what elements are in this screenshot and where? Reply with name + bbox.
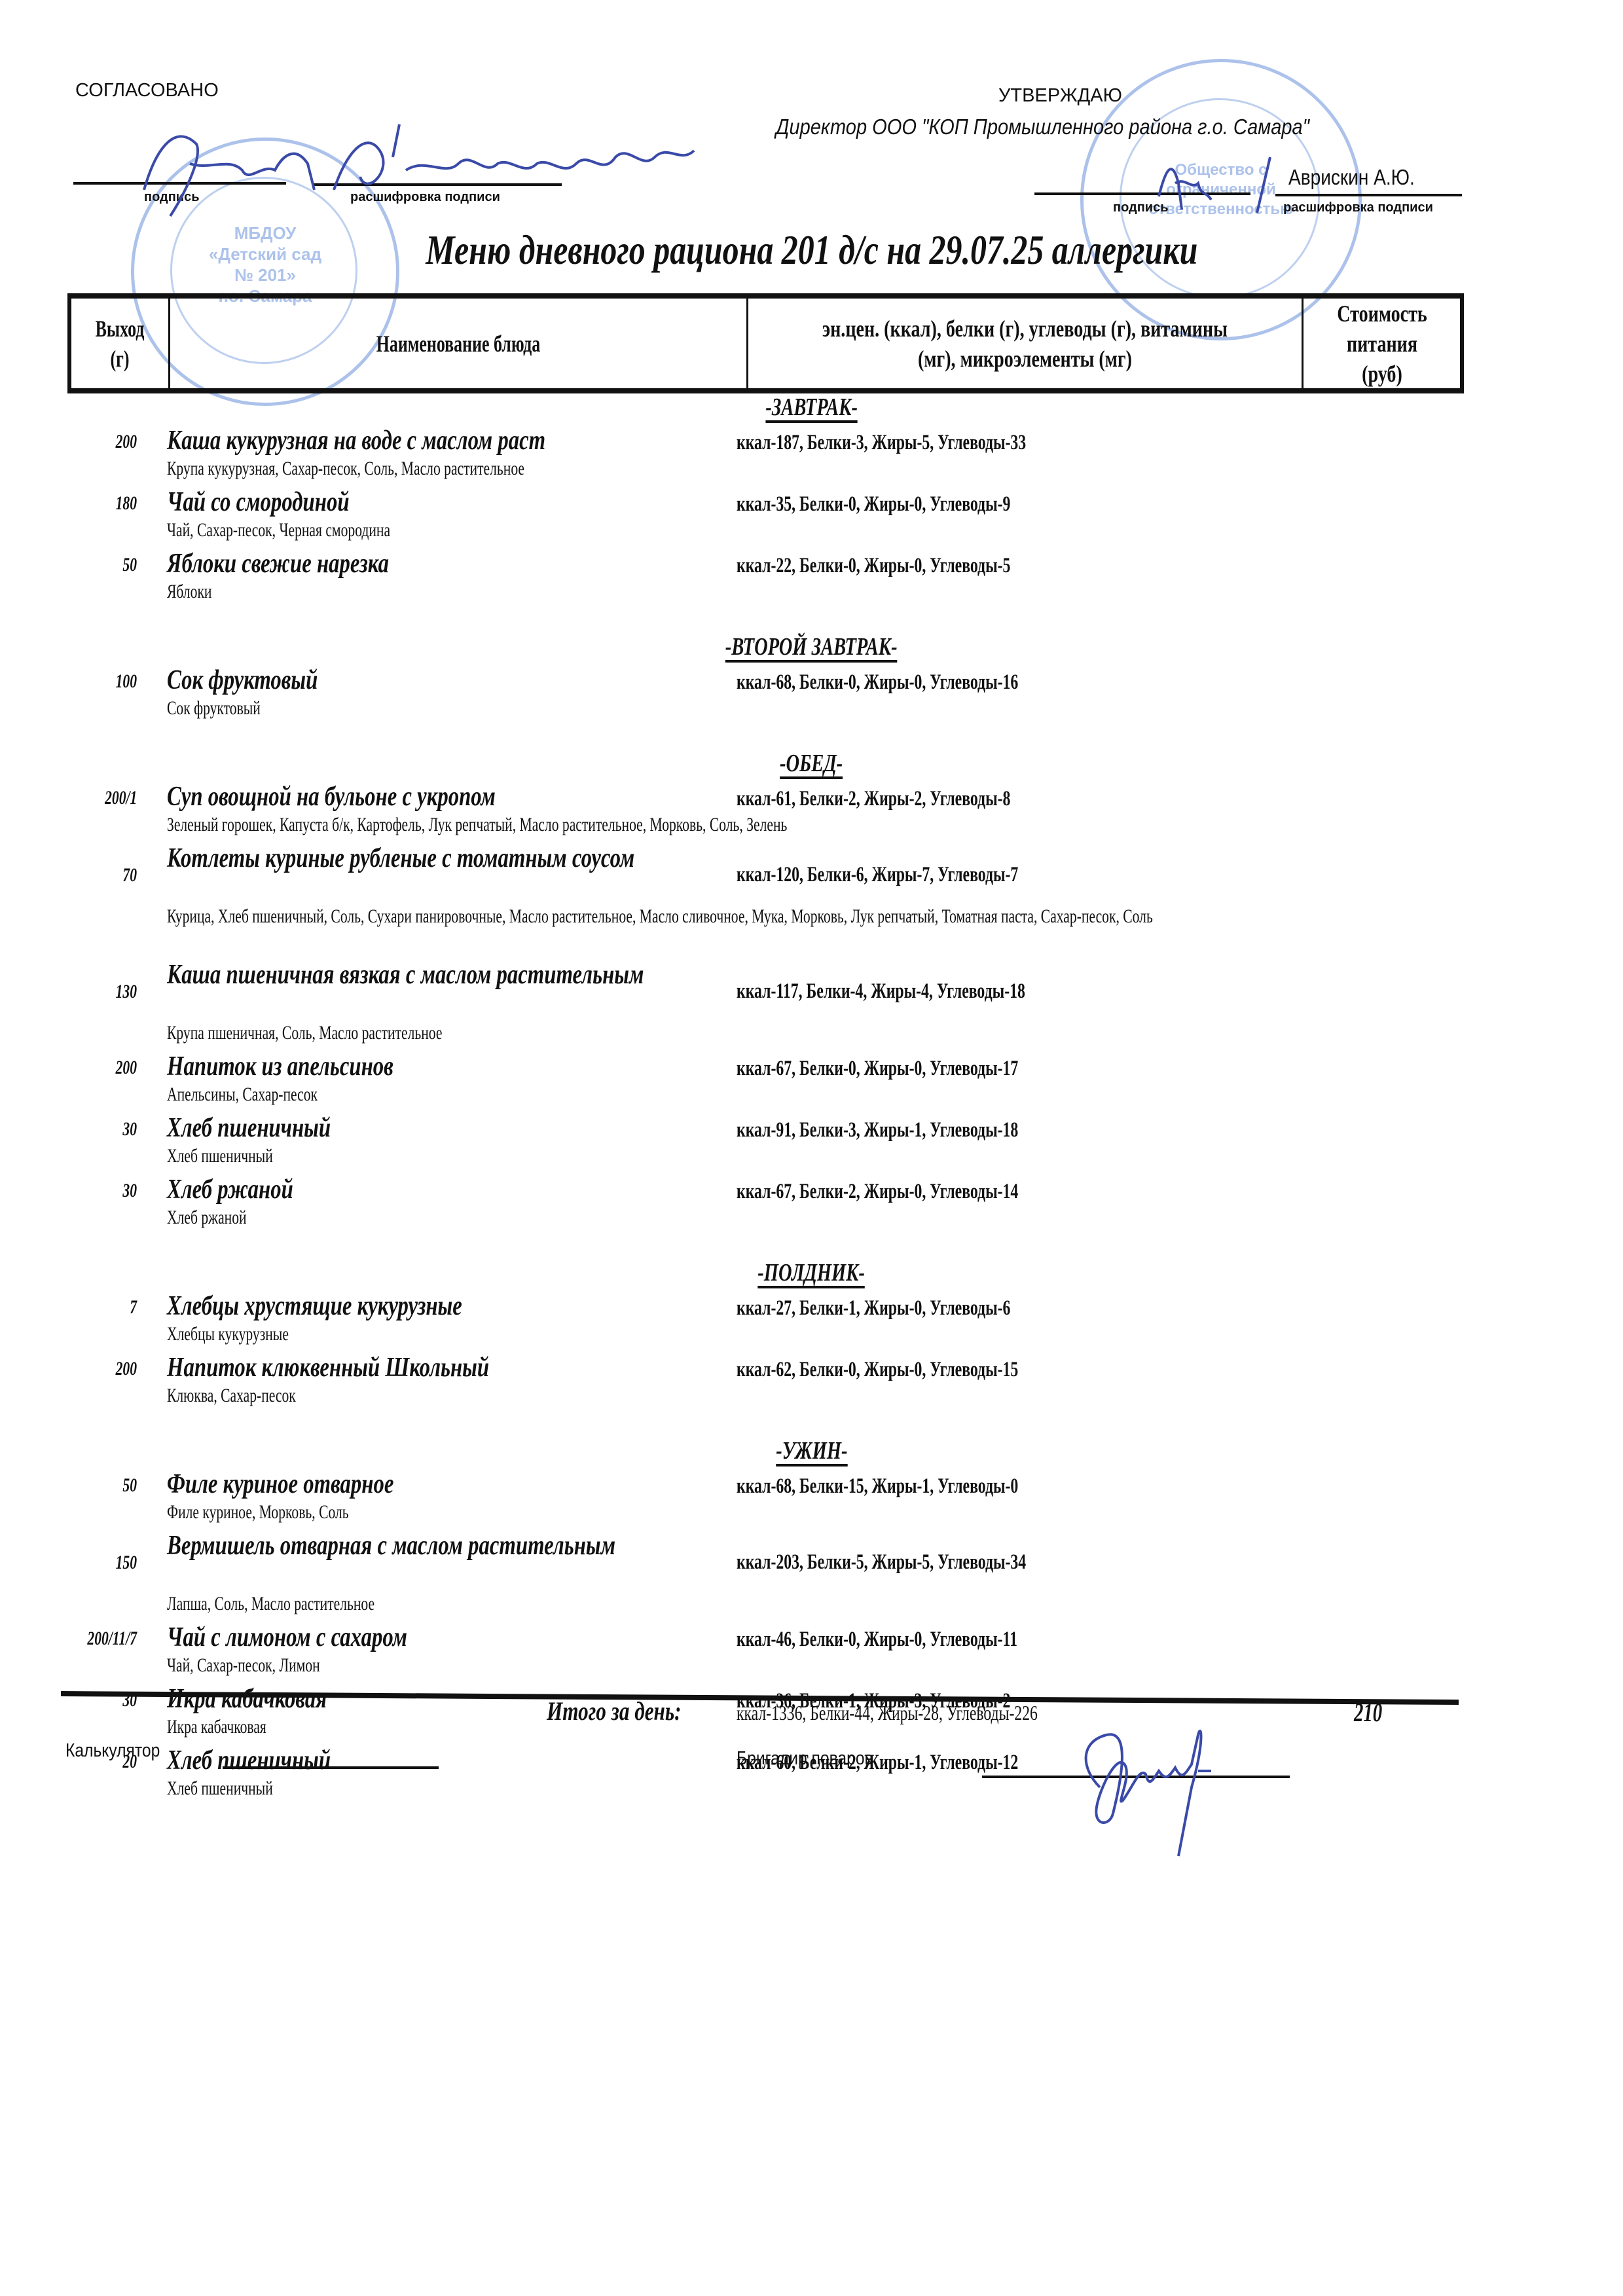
section-heading: -ВТОРОЙ ЗАВТРАК- xyxy=(0,632,1623,663)
item-yield: 200 xyxy=(107,1358,137,1380)
item-ingredients: Хлебцы кукурузные xyxy=(167,1321,1267,1347)
item-name: Яблоки свежие нарезка xyxy=(167,549,795,579)
item-ingredients: Филе куриное, Морковь, Соль xyxy=(167,1499,1267,1525)
left-signature-icon xyxy=(118,118,727,223)
item-nutrition: ккал-67, Белки-2, Жиры-0, Углеводы-14 xyxy=(737,1180,1128,1204)
item-name: Напиток из апельсинов xyxy=(167,1051,795,1082)
item-yield: 50 xyxy=(117,554,137,576)
item-yield: 50 xyxy=(117,1474,137,1497)
item-ingredients: Хлеб ржаной xyxy=(167,1205,1267,1231)
chef-signature-icon xyxy=(1061,1709,1270,1859)
item-yield: 70 xyxy=(117,864,137,886)
approved-right-label: УТВЕРЖДАЮ xyxy=(998,85,1122,107)
item-name: Хлеб пшеничный xyxy=(167,1745,795,1776)
section-heading: -ПОЛДНИК- xyxy=(0,1258,1623,1288)
item-yield: 200 xyxy=(107,1057,137,1079)
menu-item: 200Напиток из апельсиновАпельсины, Сахар… xyxy=(0,1051,1623,1109)
menu-item: 50Яблоки свежие нарезкаЯблокиккал-22, Бе… xyxy=(0,549,1623,606)
menu-item: 150Вермишель отварная с маслом раститель… xyxy=(0,1531,1623,1618)
menu-item: 200/1Суп овощной на бульоне с укропомЗел… xyxy=(0,782,1623,839)
menu-item: 100Сок фруктовыйСок фруктовыйккал-68, Бе… xyxy=(0,665,1623,723)
menu-item: 70Котлеты куриные рубленые с томатным со… xyxy=(0,843,1623,956)
menu-item: 200/11/7Чай с лимоном с сахаромЧай, Саха… xyxy=(0,1622,1623,1680)
item-yield: 30 xyxy=(117,1180,137,1202)
item-name: Котлеты куриные рубленые с томатным соус… xyxy=(167,843,795,873)
item-ingredients: Сок фруктовый xyxy=(167,695,1267,721)
calculator-label: Калькулятор xyxy=(65,1740,177,1762)
director-line: Директор ООО "КОП Промышленного района г… xyxy=(776,115,1382,139)
item-nutrition: ккал-203, Белки-5, Жиры-5, Углеводы-34 xyxy=(737,1550,1139,1575)
item-nutrition: ккал-120, Белки-6, Жиры-7, Углеводы-7 xyxy=(737,863,1128,887)
item-name: Хлеб пшеничный xyxy=(167,1113,795,1143)
item-yield: 200/1 xyxy=(92,787,137,809)
item-ingredients: Чай, Сахар-песок, Лимон xyxy=(167,1652,1267,1679)
right-signature-name: Аврискин А.Ю. xyxy=(1288,165,1437,190)
col-dish-header: Наименование блюда xyxy=(170,299,748,388)
item-name: Сок фруктовый xyxy=(167,665,795,695)
item-ingredients: Клюква, Сахар-песок xyxy=(167,1383,1267,1409)
item-yield: 7 xyxy=(127,1296,137,1319)
item-name: Филе куриное отварное xyxy=(167,1469,795,1499)
item-yield: 180 xyxy=(107,492,137,515)
item-yield: 200/11/7 xyxy=(68,1628,137,1650)
item-ingredients: Курица, Хлеб пшеничный, Соль, Сухари пан… xyxy=(167,903,1267,930)
col-yield-header: Выход (г) xyxy=(71,299,170,388)
item-name: Хлеб ржаной xyxy=(167,1175,795,1205)
item-nutrition: ккал-91, Белки-3, Жиры-1, Углеводы-18 xyxy=(737,1118,1128,1142)
table-header: Выход (г) Наименование блюда эн.цен. (кк… xyxy=(67,293,1464,393)
item-yield: 30 xyxy=(117,1118,137,1140)
item-nutrition: ккал-27, Белки-1, Жиры-0, Углеводы-6 xyxy=(737,1296,1117,1321)
col-cost-header: Стоимость питания (руб) xyxy=(1304,299,1460,388)
item-name: Каша кукурузная на воде с маслом раст xyxy=(167,426,795,456)
right-decode-caption: расшифровка подписи xyxy=(1283,200,1433,215)
item-yield: 150 xyxy=(107,1552,137,1574)
right-signature-icon xyxy=(1139,144,1296,216)
item-ingredients: Лапша, Соль, Масло растительное xyxy=(167,1591,1267,1617)
approved-left-label: СОГЛАСОВАНО xyxy=(75,80,219,101)
item-name: Чай с лимоном с сахаром xyxy=(167,1622,795,1652)
menu-item: 30Хлеб пшеничныйХлеб пшеничныйккал-91, Б… xyxy=(0,1113,1623,1171)
item-yield: 130 xyxy=(107,981,137,1003)
item-name: Каша пшеничная вязкая с маслом раститель… xyxy=(167,960,795,990)
menu-item: 180Чай со смородинойЧай, Сахар-песок, Че… xyxy=(0,487,1623,545)
section-heading: -УЖИН- xyxy=(0,1436,1623,1467)
chef-label: Бригадир поваров xyxy=(737,1748,897,1770)
section-heading: -ЗАВТРАК- xyxy=(0,393,1623,423)
item-name: Суп овощной на бульоне с укропом xyxy=(167,782,795,812)
item-ingredients: Яблоки xyxy=(167,579,1267,605)
page-title: Меню дневного рациона 201 д/с на 29.07.2… xyxy=(0,226,1623,274)
menu-item: 200Каша кукурузная на воде с маслом раст… xyxy=(0,426,1623,483)
menu-item: 130Каша пшеничная вязкая с маслом растит… xyxy=(0,960,1623,1048)
item-name: Вермишель отварная с маслом растительным xyxy=(167,1531,795,1561)
total-label: Итого за день: xyxy=(547,1696,719,1726)
right-decode-line xyxy=(1275,194,1462,196)
calculator-signature-line xyxy=(223,1766,439,1769)
item-nutrition: ккал-67, Белки-0, Жиры-0, Углеводы-17 xyxy=(737,1057,1128,1081)
menu-item: 200Напиток клюквенный ШкольныйКлюква, Са… xyxy=(0,1353,1623,1410)
item-nutrition: ккал-68, Белки-15, Жиры-1, Углеводы-0 xyxy=(737,1474,1128,1499)
item-nutrition: ккал-61, Белки-2, Жиры-2, Углеводы-8 xyxy=(737,787,1117,811)
item-ingredients: Хлеб пшеничный xyxy=(167,1143,1267,1169)
item-nutrition: ккал-62, Белки-0, Жиры-0, Углеводы-15 xyxy=(737,1358,1128,1382)
menu-item: 30Хлеб ржанойХлеб ржанойккал-67, Белки-2… xyxy=(0,1175,1623,1232)
item-ingredients: Крупа кукурузная, Сахар-песок, Соль, Мас… xyxy=(167,456,1267,482)
item-name: Чай со смородиной xyxy=(167,487,795,517)
item-name: Хлебцы хрустящие кукурузные xyxy=(167,1291,795,1321)
item-ingredients: Апельсины, Сахар-песок xyxy=(167,1082,1267,1108)
item-nutrition: ккал-68, Белки-0, Жиры-0, Углеводы-16 xyxy=(737,670,1128,695)
menu-item: 7Хлебцы хрустящие кукурузныеХлебцы кукур… xyxy=(0,1291,1623,1349)
menu-item: 50Филе куриное отварноеФиле куриное, Мор… xyxy=(0,1469,1623,1527)
item-ingredients: Чай, Сахар-песок, Черная смородина xyxy=(167,517,1267,543)
total-cost: 210 xyxy=(1354,1697,1393,1728)
item-nutrition: ккал-187, Белки-3, Жиры-5, Углеводы-33 xyxy=(737,431,1139,455)
item-nutrition: ккал-117, Белки-4, Жиры-4, Углеводы-18 xyxy=(737,979,1137,1004)
item-name: Напиток клюквенный Школьный xyxy=(167,1353,795,1383)
section-heading: -ОБЕД- xyxy=(0,749,1623,779)
item-yield: 100 xyxy=(107,670,137,693)
item-yield: 200 xyxy=(107,431,137,453)
item-nutrition: ккал-35, Белки-0, Жиры-0, Углеводы-9 xyxy=(737,492,1117,517)
item-nutrition: ккал-22, Белки-0, Жиры-0, Углеводы-5 xyxy=(737,554,1117,578)
item-nutrition: ккал-46, Белки-0, Жиры-0, Углеводы-11 xyxy=(737,1628,1127,1652)
item-ingredients: Зеленый горошек, Капуста б/к, Картофель,… xyxy=(167,812,1267,838)
item-ingredients: Крупа пшеничная, Соль, Масло растительно… xyxy=(167,1020,1267,1046)
col-nutrition-header: эн.цен. (ккал), белки (г), углеводы (г),… xyxy=(748,299,1304,388)
